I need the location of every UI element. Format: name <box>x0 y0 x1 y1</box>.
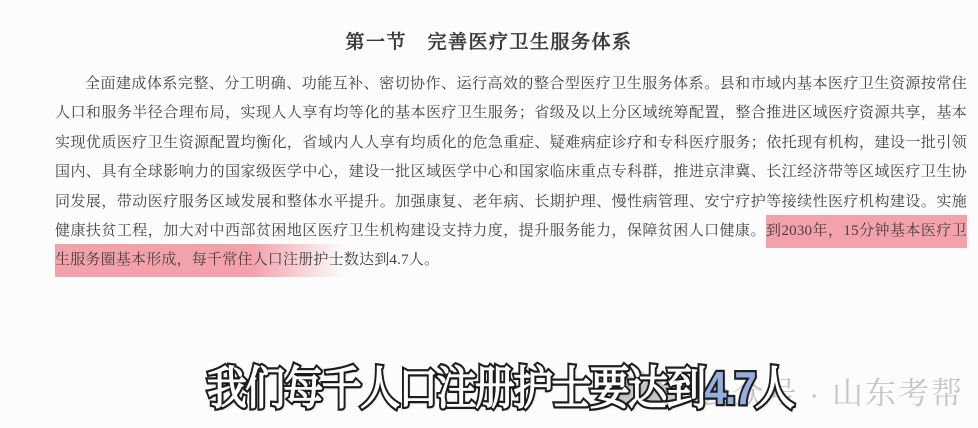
video-subtitle: 我们每千人口注册护士要达到4.7人 <box>207 352 793 418</box>
text-segment: 国内、具有全球影响力的国家级医学中心，建设一批区域医学中心和国家临床重点专科群，… <box>55 164 967 180</box>
text-segment: 人口和服务半径合理布局，实现人人享有均等化的基本医疗卫生服务；省级及以上分区域统… <box>55 105 967 121</box>
subtitle-number: 4.7 <box>704 362 754 414</box>
text-segment: 同发展，带动医疗服务区域发展和整体水平提升。加强康复、老年病、长期护理、慢性病管… <box>55 194 967 210</box>
text-segment: 实现优质医疗卫生资源配置均衡化，省域内人人享有均质化的危急重症、疑难病症诊疗和专… <box>55 135 967 151</box>
text-segment: 健康扶贫工程，加大对中西部贫困地区医疗卫生机构建设支持力度，提升服务能力，保障贫… <box>55 223 766 239</box>
document-line: 人口和服务半径合理布局，实现人人享有均等化的基本医疗卫生服务；省级及以上分区域统… <box>55 99 967 128</box>
subtitle-prefix: 我们每千人口注册护士要达到 <box>207 362 705 414</box>
document-line: 全面建成体系完整、分工明确、功能互补、密切协作、运行高效的整合型医疗卫生服务体系… <box>55 70 967 99</box>
document-line: 国内、具有全球影响力的国家级医学中心，建设一批区域医学中心和国家临床重点专科群，… <box>55 158 967 187</box>
highlighted-text: 生服务圈基本形成，每千常住 <box>55 244 253 277</box>
document-paragraph: 全面建成体系完整、分工明确、功能互补、密切协作、运行高效的整合型医疗卫生服务体系… <box>55 70 967 276</box>
highlighted-text: 到2030年，15分钟基本医疗卫 <box>766 215 967 248</box>
document-line: 实现优质医疗卫生资源配置均衡化，省域内人人享有均质化的危急重症、疑难病症诊疗和专… <box>55 129 967 158</box>
text-segment: 全面建成体系完整、分工明确、功能互补、密切协作、运行高效的整合型医疗卫生服务体系… <box>85 76 967 92</box>
text-segment: 数达到4.7人。 <box>344 252 439 268</box>
scanned-document-page: 第一节 完善医疗卫生服务体系 全面建成体系完整、分工明确、功能互补、密切协作、运… <box>0 0 978 428</box>
document-line: 同发展，带动医疗服务区域发展和整体水平提升。加强康复、老年病、长期护理、慢性病管… <box>55 188 967 217</box>
subtitle-suffix: 人 <box>755 362 793 414</box>
document-line: 生服务圈基本形成，每千常住人口注册护士数达到4.7人。 <box>55 246 967 275</box>
section-title: 第一节 完善医疗卫生服务体系 <box>0 27 978 54</box>
document-line: 健康扶贫工程，加大对中西部贫困地区医疗卫生机构建设支持力度，提升服务能力，保障贫… <box>55 217 967 246</box>
highlighted-text: 人口注册护士 <box>253 244 344 277</box>
